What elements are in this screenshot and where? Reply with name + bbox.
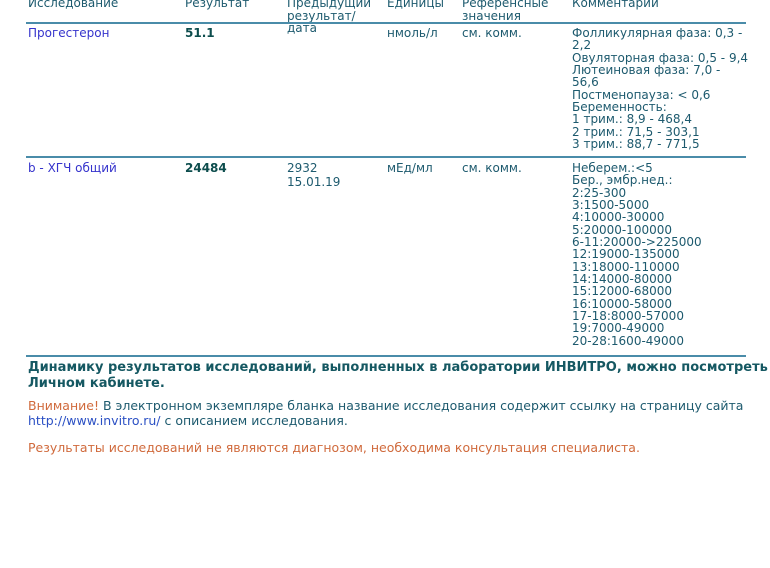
comments-cell: Неберем.:<5 Бер., эмбр.нед.: 2:25-300 3:…	[572, 162, 746, 347]
table-bottom-separator-line	[26, 355, 746, 357]
attention-label: Внимание!	[28, 398, 99, 413]
reference-cell: см. комм.	[462, 27, 572, 150]
attention-text-line1: В электронном экземпляре бланка название…	[103, 398, 743, 413]
previous-result	[287, 27, 387, 150]
comments-cell: Фолликулярная фаза: 0,3 - 2,2 Овуляторна…	[572, 27, 746, 150]
attention-text-line2: с описанием исследования.	[164, 413, 347, 428]
study-name-link[interactable]: b - ХГЧ общий	[28, 161, 117, 175]
previous-result: 2932 15.01.19	[287, 162, 387, 347]
units-cell: нмоль/л	[387, 27, 462, 150]
result-value: 51.1	[185, 27, 287, 150]
attention-note: Внимание! В электронном экземпляре бланк…	[28, 398, 748, 428]
table-row-progesterone: Прогестерон 51.1 нмоль/л см. комм. Фолли…	[28, 27, 746, 150]
table-row-hcg: b - ХГЧ общий 24484 2932 15.01.19 мЕд/мл…	[28, 162, 746, 347]
disclaimer-note: Результаты исследований не являются диаг…	[28, 440, 748, 455]
invitro-url-link[interactable]: http://www.invitro.ru/	[28, 413, 161, 428]
header-separator-line	[26, 22, 746, 24]
units-cell: мЕд/мл	[387, 162, 462, 347]
dynamics-note: Динамику результатов исследований, выпол…	[28, 360, 740, 392]
row-separator-line	[26, 156, 746, 158]
result-value: 24484	[185, 162, 287, 347]
lab-report-page: Исследование Результат Предыдущий резуль…	[0, 0, 770, 568]
study-name-link[interactable]: Прогестерон	[28, 26, 109, 40]
reference-cell: см. комм.	[462, 162, 572, 347]
